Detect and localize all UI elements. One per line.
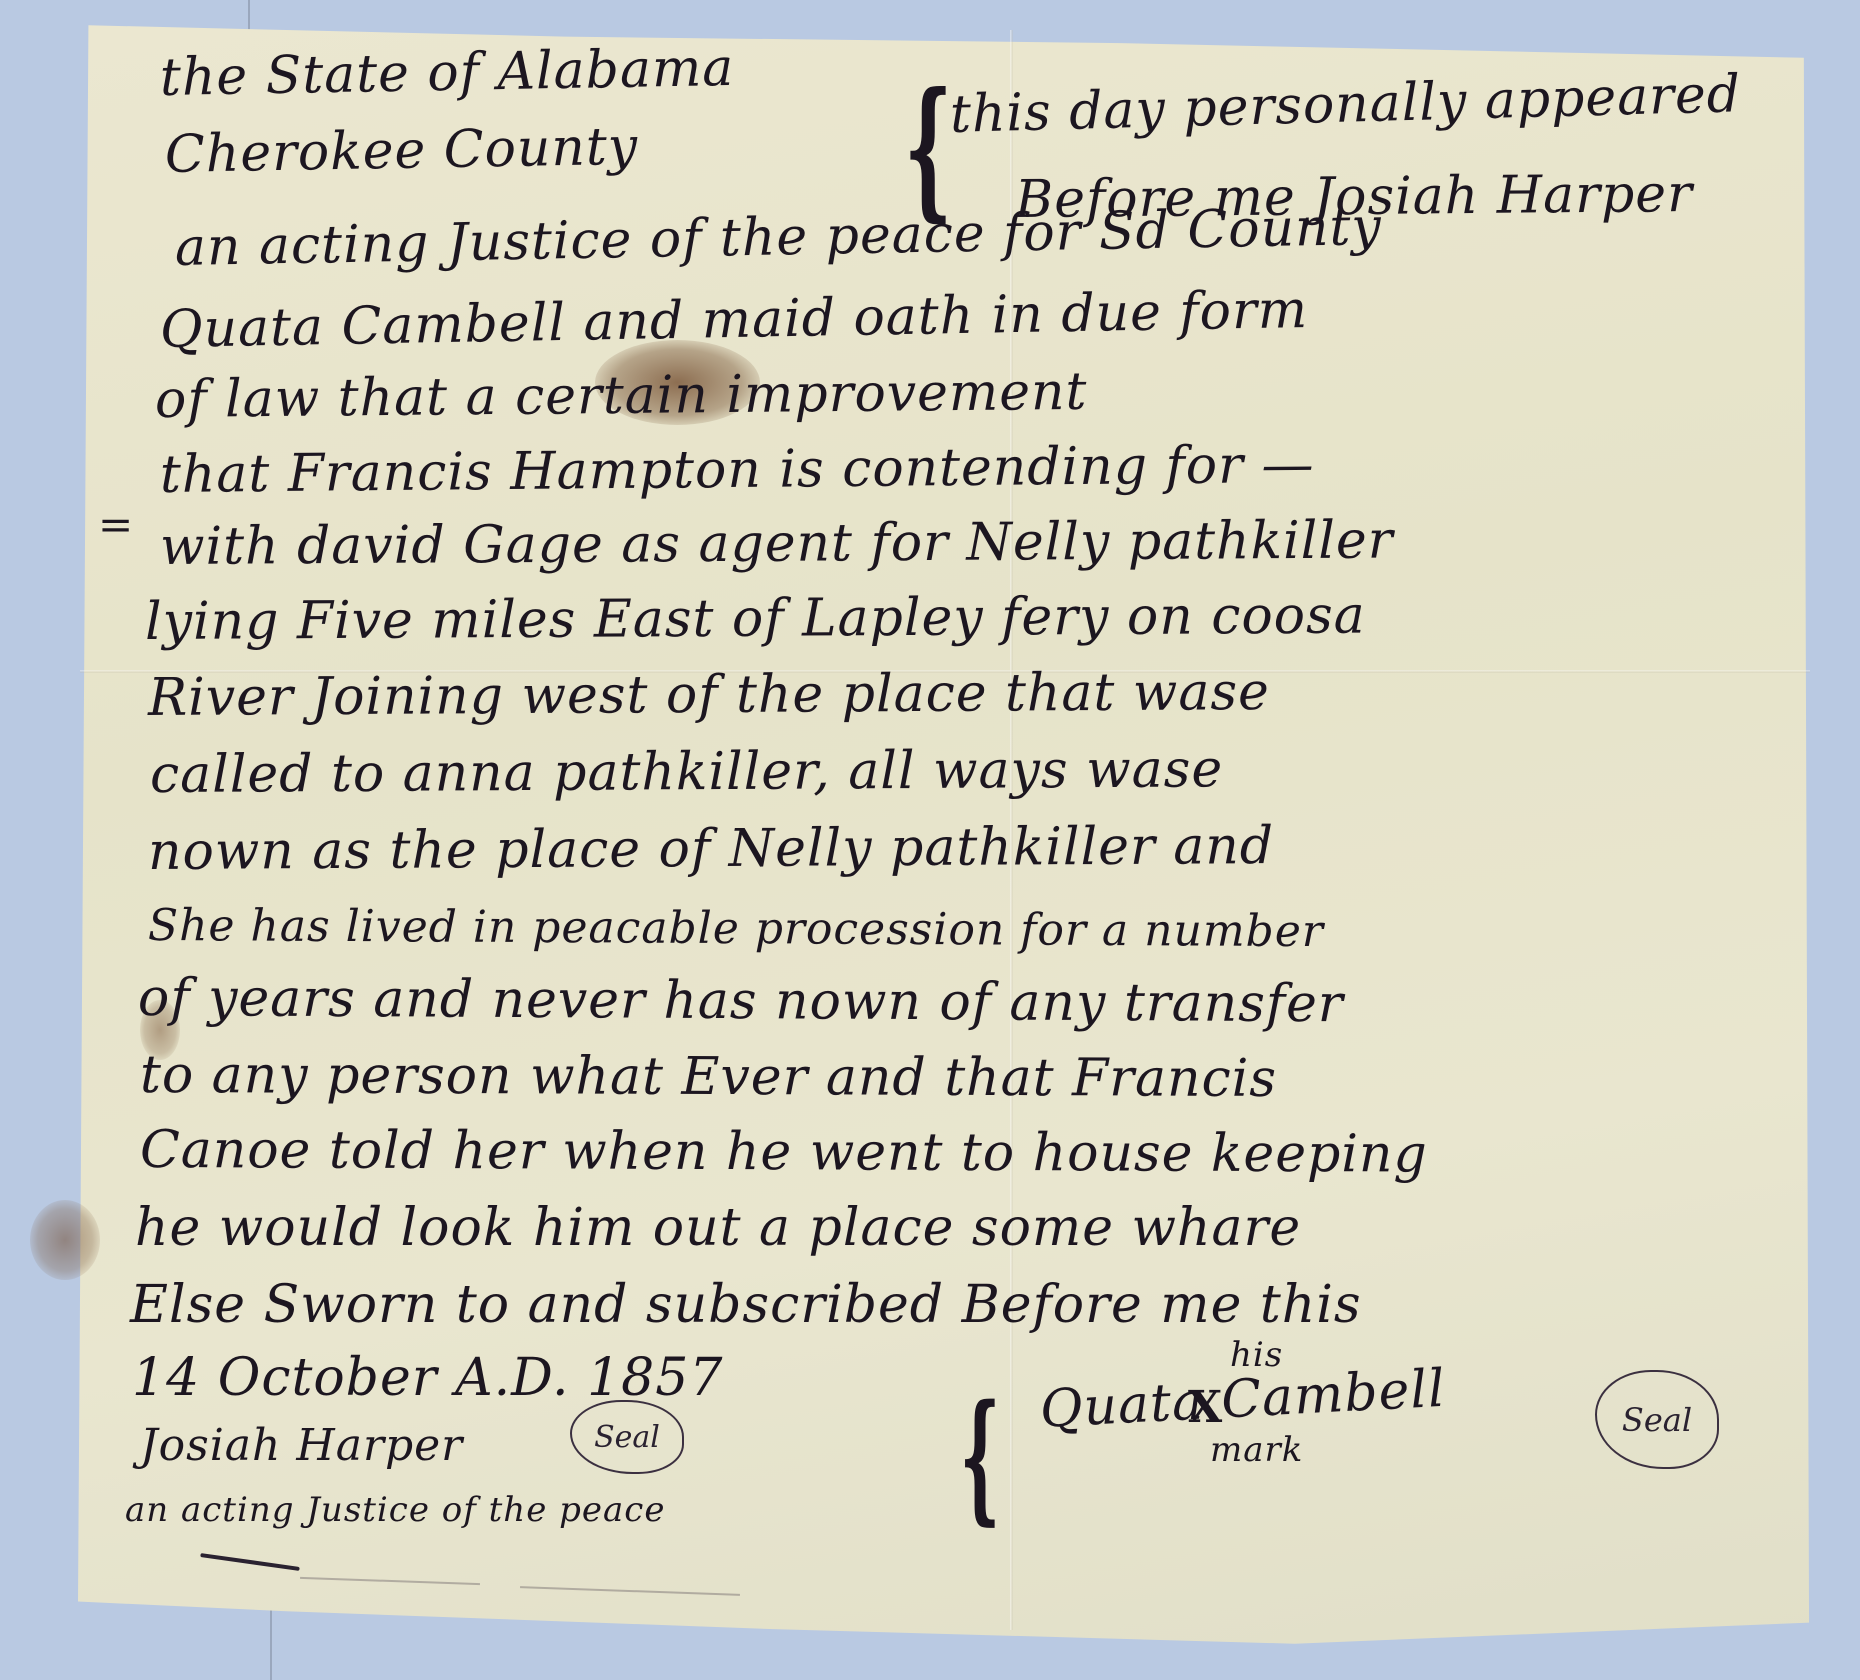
affidavit-text: the State of Alabama Cherokee County { t… — [0, 0, 1860, 1680]
faint-rule — [520, 1586, 740, 1596]
justice-signature-name: Josiah Harper — [140, 1420, 463, 1471]
faint-rule — [300, 1577, 480, 1585]
body-line-8: called to anna pathkiller, all ways wase — [150, 739, 1223, 805]
margin-mark: = — [98, 500, 133, 549]
signature-brace: { — [960, 1375, 1001, 1539]
body-line-3: of law that a certain improvement — [155, 362, 1088, 430]
body-line-11: of years and never has nown of any trans… — [138, 968, 1344, 1034]
body-line-9: nown as the place of Nelly pathkiller an… — [148, 816, 1274, 882]
body-line-6: lying Five miles East of Lapley fery on … — [145, 586, 1366, 652]
body-line-15: Else Sworn to and subscribed Before me t… — [130, 1275, 1362, 1335]
body-line-1: an acting Justice of the peace for Sd Co… — [174, 197, 1382, 278]
witness-mark-label: mark — [1210, 1430, 1303, 1470]
body-line-14: he would look him out a place some whare — [135, 1198, 1301, 1258]
justice-title: an acting Justice of the peace — [125, 1490, 665, 1530]
body-line-13: Canoe told her when he went to house kee… — [140, 1120, 1428, 1184]
body-line-12: to any person what Ever and that Francis — [140, 1045, 1277, 1109]
heading-state: the State of Alabama — [159, 38, 734, 108]
justice-seal-label: Seal — [594, 1420, 660, 1455]
body-line-7: River Joining west of the place that was… — [148, 662, 1270, 728]
flourish-stroke — [200, 1553, 300, 1571]
witness-seal-label: Seal — [1622, 1401, 1692, 1439]
witness-x-mark: X — [1188, 1382, 1223, 1433]
justice-seal: Seal — [570, 1400, 684, 1474]
heading-county: Cherokee County — [164, 117, 638, 185]
body-line-5: with david Gage as agent for Nelly pathk… — [160, 511, 1394, 577]
date-line: 14 October A.D. 1857 — [132, 1348, 723, 1408]
body-line-2: Quata Cambell and maid oath in due form — [159, 280, 1308, 360]
witness-name: Quata Cambell — [1038, 1359, 1447, 1440]
body-line-10: She has lived in peacable procession for… — [148, 900, 1324, 957]
heading-appeared: this day personally appeared — [949, 64, 1742, 145]
body-line-4: that Francis Hampton is contending for — — [160, 435, 1315, 505]
witness-seal: Seal — [1595, 1370, 1719, 1469]
